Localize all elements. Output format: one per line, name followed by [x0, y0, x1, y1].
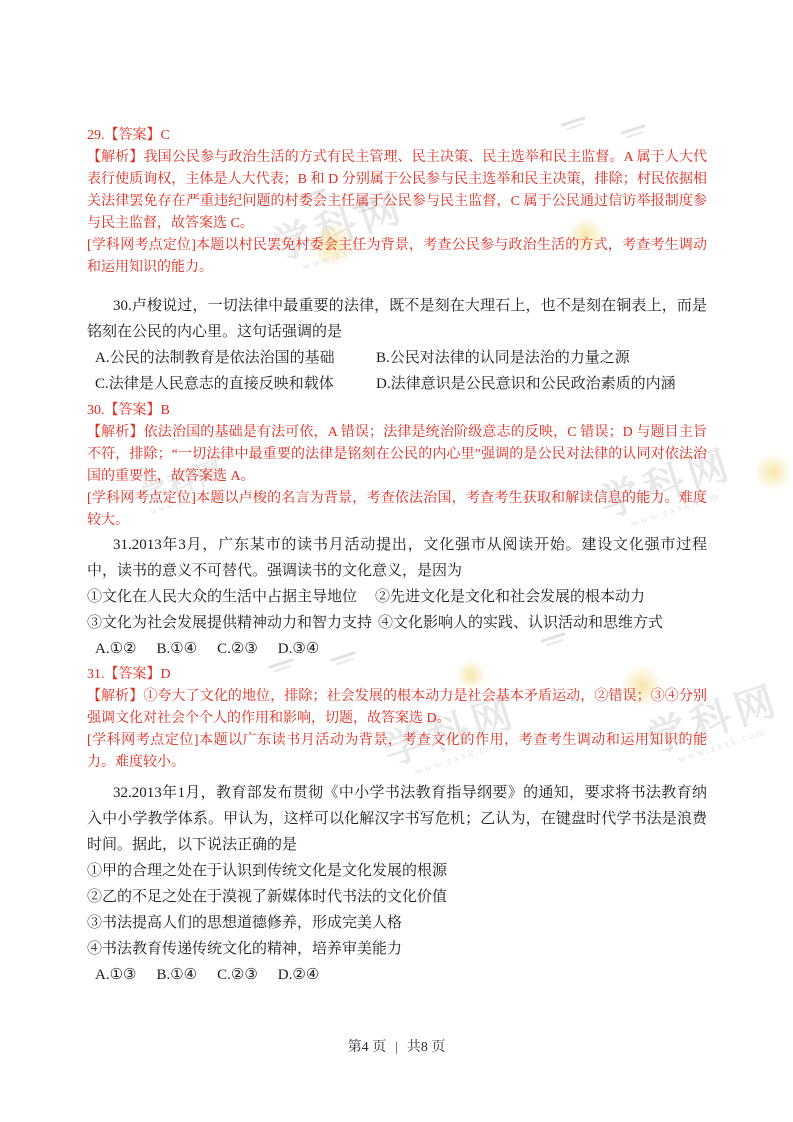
- item-1: ①甲的合理之处在于认识到传统文化是文化发展的根源: [87, 858, 707, 884]
- document-page: 学科网 www.zxxk.com 学科网 www.zxxk.com 学科网 ww…: [0, 0, 793, 1122]
- footer-total-pages: 共8 页: [407, 1040, 446, 1055]
- option-c: C.法律是人民意志的直接反映和载体: [95, 371, 376, 397]
- item-3: ③书法提高人们的思想道德修养，形成完美人格: [87, 910, 707, 936]
- item-1: ①文化在人民大众的生活中占据主导地位: [87, 584, 357, 610]
- question-items-row-2: ③文化为社会发展提供精神动力和智力支持 ④文化影响人的实践、认识活动和思维方式: [87, 610, 707, 636]
- exam-point-paragraph-29: [学科网考点定位]本题以村民罢免村委会主任为背景，考查公民参与政治生活的方式，考…: [87, 235, 707, 279]
- analysis-paragraph-29: 【解析】我国公民参与政治生活的方式有民主管理、民主决策、民主选举和民主监督。A …: [87, 147, 707, 235]
- choice-b: B.①④: [156, 962, 197, 988]
- choice-d: D.②④: [278, 962, 319, 988]
- question-stem-30: 30.卢梭说过，一切法律中最重要的法律，既不是刻在大理石上，也不是刻在铜表上，而…: [87, 293, 707, 345]
- exam-point-paragraph-31: [学科网考点定位]本题以广东读书月活动为背景，考查文化的作用，考查考生调动和运用…: [87, 730, 707, 774]
- question-options-30: A.公民的法制教育是依法治国的基础 B.公民对法律的认同是法治的力量之源 C.法…: [87, 345, 707, 397]
- analysis-paragraph-31: 【解析】①夸大了文化的地位，排除；社会发展的根本动力是社会基本矛盾运动，②错误；…: [87, 686, 707, 730]
- option-b: B.公民对法律的认同是法治的力量之源: [376, 345, 707, 371]
- choice-c: C.②③: [217, 962, 258, 988]
- choice-a: A.①③: [95, 962, 136, 988]
- option-d: D.法律意识是公民意识和公民政治素质的内涵: [376, 371, 707, 397]
- item-4: ④书法教育传递传统文化的精神，培养审美能力: [87, 936, 707, 962]
- option-a: A.公民的法制教育是依法治国的基础: [95, 345, 376, 371]
- answer-line-31: 31.【答案】D: [87, 664, 707, 686]
- answer-block-30: 30.【答案】B 【解析】依法治国的基础是有法可依，A 错误；法律是统治阶级意志…: [87, 400, 707, 532]
- item-3: ③文化为社会发展提供精神动力和智力支持: [87, 610, 372, 636]
- choice-a: A.①②: [95, 636, 136, 662]
- choice-d: D.③④: [278, 636, 319, 662]
- question-choices-32: A.①③ B.①④ C.②③ D.②④: [87, 962, 707, 988]
- item-2: ②乙的不足之处在于漠视了新媒体时代书法的文化价值: [87, 884, 707, 910]
- question-items-row-1: ①文化在人民大众的生活中占据主导地位 ②先进文化是文化和社会发展的根本动力: [87, 584, 707, 610]
- question-stem-32: 32.2013年1月，教育部发布贯彻《中小学书法教育指导纲要》的通知，要求将书法…: [87, 780, 707, 858]
- item-2: ②先进文化是文化和社会发展的根本动力: [375, 584, 645, 610]
- answer-key-content: 29.【答案】C 【解析】我国公民参与政治生活的方式有民主管理、民主决策、民主选…: [87, 125, 707, 988]
- watermark-smudge: [753, 453, 793, 491]
- analysis-paragraph-30: 【解析】依法治国的基础是有法可依，A 错误；法律是统治阶级意志的反映，C 错误；…: [87, 422, 707, 488]
- footer-separator: |: [395, 1040, 398, 1055]
- answer-block-29: 29.【答案】C 【解析】我国公民参与政治生活的方式有民主管理、民主决策、民主选…: [87, 125, 707, 279]
- question-block-31: 31.2013年3月，广东某市的读书月活动提出，文化强市从阅读开始。建设文化强市…: [87, 532, 707, 662]
- footer-page-number: 第4 页: [348, 1040, 387, 1055]
- item-4: ④文化影响人的实践、认识活动和思维方式: [378, 610, 663, 636]
- choice-c: C.②③: [217, 636, 258, 662]
- answer-line-30: 30.【答案】B: [87, 400, 707, 422]
- exam-point-paragraph-30: [学科网考点定位]本题以卢梭的名言为背景，考查依法治国，考查考生获取和解读信息的…: [87, 488, 707, 532]
- answer-block-31: 31.【答案】D 【解析】①夸大了文化的地位，排除；社会发展的根本动力是社会基本…: [87, 664, 707, 774]
- answer-line-29: 29.【答案】C: [87, 125, 707, 147]
- question-choices-31: A.①② B.①④ C.②③ D.③④: [87, 636, 707, 662]
- question-stem-31: 31.2013年3月，广东某市的读书月活动提出，文化强市从阅读开始。建设文化强市…: [87, 532, 707, 584]
- page-footer: 第4 页|共8 页: [0, 1036, 793, 1056]
- question-block-32: 32.2013年1月，教育部发布贯彻《中小学书法教育指导纲要》的通知，要求将书法…: [87, 780, 707, 988]
- choice-b: B.①④: [156, 636, 197, 662]
- question-block-30: 30.卢梭说过，一切法律中最重要的法律，既不是刻在大理石上，也不是刻在铜表上，而…: [87, 293, 707, 397]
